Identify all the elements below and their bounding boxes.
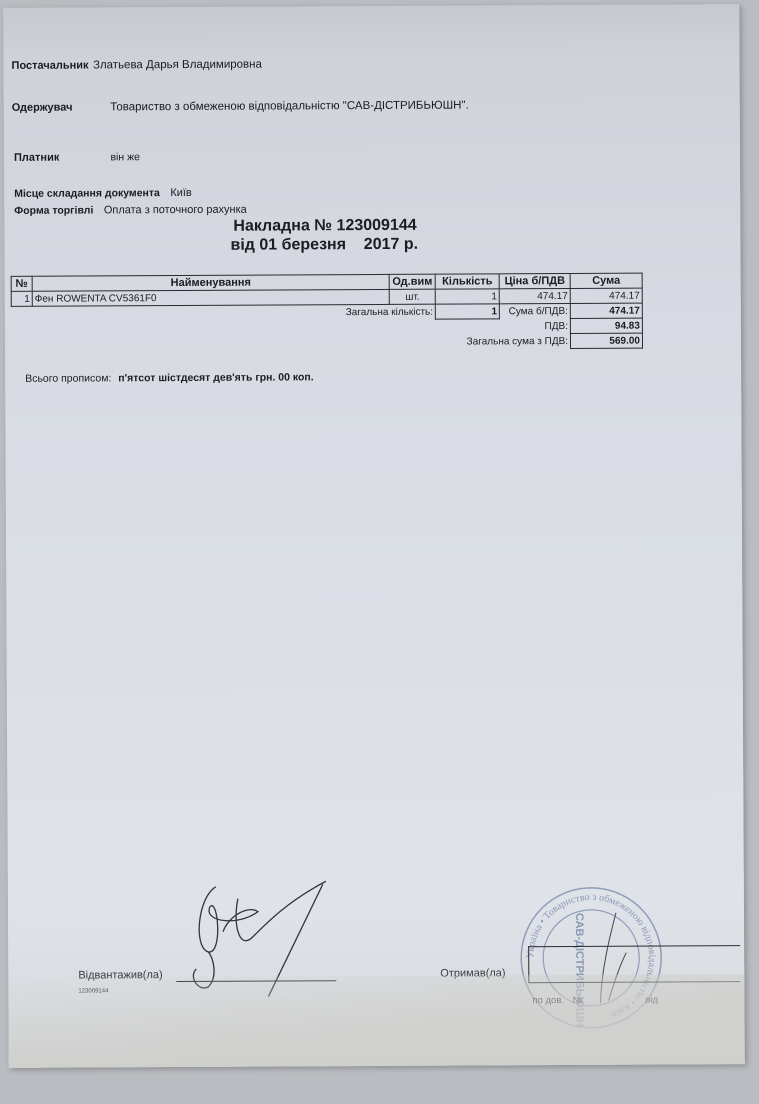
trade-form-row: Форма торгівлі Оплата з поточного рахунк… <box>14 200 247 219</box>
place-label: Місце складання документа <box>14 187 160 200</box>
items-table: № Найменування Од.вим Кількість Ціна б/П… <box>11 273 643 352</box>
svg-text:САВ-ДІСТРИБЬЮШН: САВ-ДІСТРИБЬЮШН <box>573 913 586 1027</box>
document-date: від 01 березня 2017 р. <box>230 236 418 255</box>
row-no: 1 <box>11 291 32 306</box>
received-box-edge <box>528 946 529 982</box>
in-words-row: Всього прописом: п'ятсот шістдесят дев'я… <box>25 371 314 385</box>
row-qty: 1 <box>435 289 499 304</box>
supplier-label: Постачальник <box>12 59 89 71</box>
sum-no-vat-value: 474.17 <box>570 303 642 318</box>
proxy-from-label: від <box>645 995 658 1006</box>
place-value: Київ <box>170 187 192 199</box>
received-signature-line <box>528 981 740 983</box>
doc-code: 123009144 <box>78 988 108 994</box>
payer-row: Платник він же <box>14 147 140 166</box>
row-unit: шт. <box>389 289 435 304</box>
trade-form-label: Форма торгівлі <box>14 204 93 216</box>
in-words-value: п'ятсот шістдесят дев'ять грн. 00 коп. <box>118 371 313 384</box>
document-title: Накладна № 123009144 <box>233 217 416 236</box>
col-no: № <box>11 276 32 291</box>
shipped-signature-icon <box>178 876 339 987</box>
col-sum: Сума <box>570 273 642 288</box>
vat-value: 94.83 <box>570 318 642 333</box>
supplier-row: Постачальник Златьева Дарья Владимировна <box>11 55 261 74</box>
col-unit: Од.вим <box>389 274 435 289</box>
sum-no-vat-label: Сума б/ПДВ: <box>499 303 570 318</box>
invoice-page: Постачальник Златьева Дарья Владимировна… <box>3 4 745 1068</box>
company-stamp-icon: Україна • Товариство з обмеженою відпові… <box>516 882 667 1033</box>
payer-label: Платник <box>14 151 106 163</box>
proxy-row: по дов. № від <box>532 995 658 1007</box>
shipped-signature-line <box>176 980 336 982</box>
received-label: Отримав(ла) <box>440 967 505 979</box>
row-sum: 474.17 <box>570 288 642 303</box>
supplier-value: Златьева Дарья Владимировна <box>93 59 262 72</box>
svg-text:Україна • Товариство з обмежен: Україна • Товариство з обмеженою відпові… <box>525 891 658 1020</box>
row-price: 474.17 <box>499 288 570 303</box>
recipient-value: Товариство з обмеженою відповідальністю … <box>110 99 469 113</box>
proxy-number-sign: № <box>573 995 583 1006</box>
grand-total-value: 569.00 <box>571 333 643 348</box>
place-row: Місце складання документа Київ <box>14 183 192 202</box>
in-words-label: Всього прописом: <box>25 372 111 384</box>
trade-form-value: Оплата з поточного рахунка <box>104 204 247 217</box>
grand-total-label: Загальна сума з ПДВ: <box>11 333 570 351</box>
grand-total-row: Загальна сума з ПДВ: 569.00 <box>11 333 642 351</box>
col-qty: Кількість <box>435 274 499 289</box>
proxy-label: по дов. <box>532 995 564 1006</box>
recipient-row: Одержувач Товариство з обмеженою відпові… <box>12 95 469 115</box>
recipient-label: Одержувач <box>12 101 106 113</box>
col-price: Ціна б/ПДВ <box>499 273 570 288</box>
total-qty-value: 1 <box>435 304 499 319</box>
shipped-label: Відвантажив(ла) <box>78 969 162 981</box>
payer-value: він же <box>110 151 140 163</box>
